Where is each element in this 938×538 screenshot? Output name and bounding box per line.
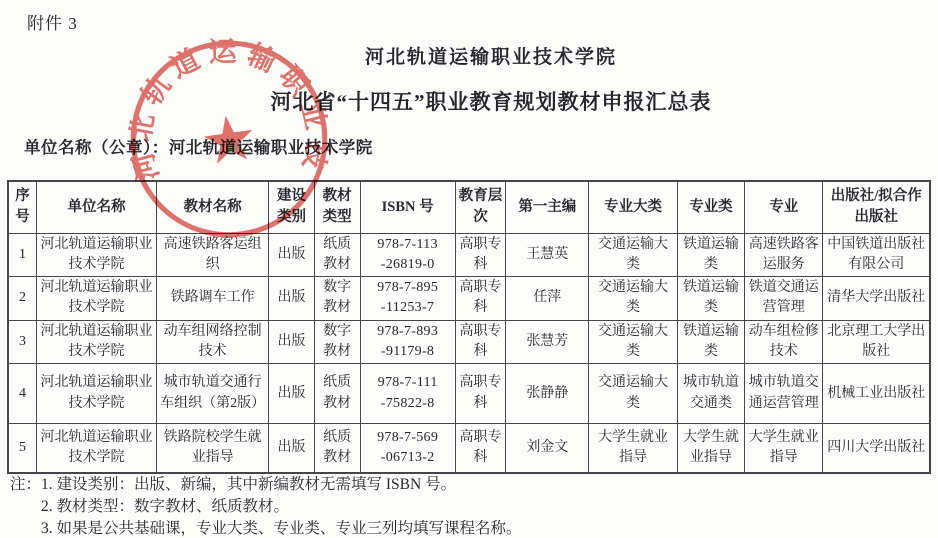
table-cell: 城市轨道交通类 [677, 364, 744, 424]
table-cell: 5 [8, 424, 37, 473]
table-cell: 3 [8, 320, 37, 364]
table-cell: 数字教材 [314, 320, 360, 364]
table-cell: 北京理工大学出版社 [823, 320, 930, 364]
table-cell: 1 [8, 233, 37, 277]
table-cell: 铁路院校学生就业指导 [156, 424, 268, 473]
footnotes: 注： 1. 建设类别：出版、新编，其中新编教材无需填写 ISBN 号。 2. 教… [10, 474, 522, 538]
unit-name-line: 单位名称（公章）：河北轨道运输职业技术学院 [24, 134, 373, 158]
table-cell: 交通运输大类 [589, 364, 678, 424]
table-cell: 大学生就业指导 [677, 424, 744, 473]
column-header-edu-level: 教育层次 [455, 181, 506, 233]
column-header-seq: 序号 [8, 181, 37, 233]
table-row: 4 河北轨道运输职业技术学院 城市轨道交通行车组织（第2版） 出版 纸质教材 9… [8, 364, 930, 424]
column-header-build-type: 建设类别 [269, 181, 314, 233]
table-cell: 交通运输大类 [589, 277, 678, 321]
table-cell: 铁路调车工作 [156, 277, 268, 321]
table-row: 1 河北轨道运输职业技术学院 高速铁路客运组织 出版 纸质教材 978-7-11… [8, 233, 930, 277]
table-cell: 河北轨道运输职业技术学院 [37, 424, 157, 473]
footnote-item: 2. 教材类型：数字教材、纸质教材。 [41, 496, 522, 518]
table-cell: 城市轨道交通行车组织（第2版） [156, 364, 268, 424]
table-cell: 高职专科 [455, 320, 506, 364]
table-cell: 铁道运输类 [677, 277, 744, 321]
table-row: 3 河北轨道运输职业技术学院 动车组网络控制技术 出版 数字教材 978-7-8… [8, 320, 930, 364]
table-cell: 978-7-893 -91179-8 [360, 320, 455, 364]
table-cell: 高职专科 [455, 364, 506, 424]
table-cell: 中国铁道出版社有限公司 [823, 233, 930, 277]
table-cell: 出版 [269, 364, 314, 424]
column-header-isbn: ISBN 号 [360, 181, 455, 233]
document-title-line2: 河北省“十四五”职业教育规划教材申报汇总表 [44, 86, 938, 116]
column-header-textbook: 教材名称 [156, 181, 268, 233]
table-cell: 纸质教材 [314, 233, 360, 277]
table-cell: 出版 [269, 424, 314, 473]
table-header-row: 序号 单位名称 教材名称 建设类别 教材类型 ISBN 号 教育层次 第一主编 … [8, 181, 930, 233]
table-cell: 出版 [269, 320, 314, 364]
document-titles: 河北轨道运输职业技术学院 河北省“十四五”职业教育规划教材申报汇总表 [0, 42, 938, 116]
table-cell: 清华大学出版社 [823, 277, 930, 321]
table-cell: 河北轨道运输职业技术学院 [37, 277, 157, 321]
table-cell: 2 [8, 277, 37, 321]
table-cell: 978-7-111 -75822-8 [360, 364, 455, 424]
table-cell: 机械工业出版社 [823, 364, 930, 424]
footnote-prefix: 注： [10, 474, 41, 538]
column-header-major-category: 专业大类 [589, 181, 678, 233]
column-header-publisher: 出版社/拟合作出版社 [823, 181, 930, 233]
table-cell: 铁道运输类 [677, 320, 744, 364]
table-cell: 978-7-113 -26819-0 [360, 233, 455, 277]
footnote-list: 1. 建设类别：出版、新编，其中新编教材无需填写 ISBN 号。 2. 教材类型… [41, 474, 522, 538]
footnote-item: 3. 如果是公共基础课，专业大类、专业类、专业三列均填写课程名称。 [41, 518, 522, 538]
column-header-material-type: 教材类型 [314, 181, 360, 233]
table-cell: 动车组检修技术 [745, 320, 823, 364]
table-row: 2 河北轨道运输职业技术学院 铁路调车工作 出版 数字教材 978-7-895 … [8, 277, 930, 321]
summary-table: 序号 单位名称 教材名称 建设类别 教材类型 ISBN 号 教育层次 第一主编 … [7, 180, 931, 474]
table-cell: 高职专科 [455, 233, 506, 277]
table-cell: 张慧芳 [506, 320, 589, 364]
table-cell: 交通运输大类 [589, 233, 678, 277]
document-title-line1: 河北轨道运输职业技术学院 [44, 42, 938, 69]
table-cell: 城市轨道交通运营管理 [745, 364, 823, 424]
scanned-document-page: { "theme":{ "ink":"#26262e", "border":"#… [0, 0, 938, 538]
table-cell: 出版 [269, 233, 314, 277]
table-cell: 河北轨道运输职业技术学院 [37, 364, 157, 424]
table-cell: 4 [8, 364, 37, 424]
table-cell: 高速铁路客运服务 [745, 233, 823, 277]
table-cell: 纸质教材 [314, 364, 360, 424]
table-cell: 张静静 [506, 364, 589, 424]
table-cell: 978-7-895 -11253-7 [360, 277, 455, 321]
table-cell: 出版 [269, 277, 314, 321]
table-cell: 高职专科 [455, 424, 506, 473]
column-header-unit: 单位名称 [37, 181, 157, 233]
table-cell: 交通运输大类 [589, 320, 678, 364]
table-cell: 铁道交通运营管理 [745, 277, 823, 321]
table-cell: 动车组网络控制技术 [156, 320, 268, 364]
table-cell: 铁道运输类 [677, 233, 744, 277]
column-header-major-class: 专业类 [677, 181, 744, 233]
table-cell: 河北轨道运输职业技术学院 [37, 320, 157, 364]
column-header-chief-editor: 第一主编 [506, 181, 589, 233]
table-cell: 高速铁路客运组织 [156, 233, 268, 277]
table-cell: 大学生就业指导 [589, 424, 678, 473]
table-cell: 四川大学出版社 [823, 424, 930, 473]
table-cell: 大学生就业指导 [745, 424, 823, 473]
table-cell: 978-7-569 -06713-2 [360, 424, 455, 473]
footnote-item: 1. 建设类别：出版、新编，其中新编教材无需填写 ISBN 号。 [41, 474, 522, 496]
table-cell: 河北轨道运输职业技术学院 [37, 233, 157, 277]
table-cell: 数字教材 [314, 277, 360, 321]
table-cell: 刘金文 [506, 424, 589, 473]
table-cell: 纸质教材 [314, 424, 360, 473]
table-cell: 高职专科 [455, 277, 506, 321]
attachment-label: 附件 3 [27, 9, 78, 34]
table-row: 5 河北轨道运输职业技术学院 铁路院校学生就业指导 出版 纸质教材 978-7-… [8, 424, 930, 473]
table-cell: 任萍 [506, 277, 589, 321]
table-cell: 王慧英 [506, 233, 589, 277]
column-header-major: 专业 [745, 181, 823, 233]
